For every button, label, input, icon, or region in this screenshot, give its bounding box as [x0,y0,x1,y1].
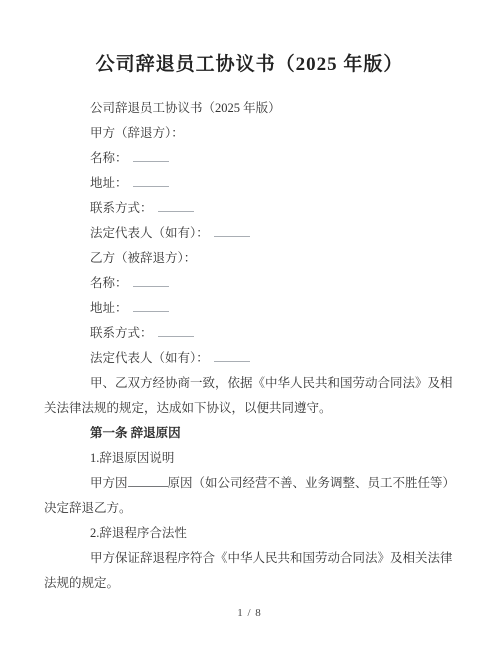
preamble-paragraph: 甲、乙双方经协商一致，依据《中华人民共和国劳动合同法》及相关法律法规的规定，达成… [44,371,455,421]
field-row-party-a-contact: 联系方式： [44,196,455,221]
section-1-item-1-paragraph: 甲方因原因（如公司经营不善、业务调整、员工不胜任等）决定辞退乙方。 [44,471,455,521]
field-row-party-a-name: 名称： [44,146,455,171]
blank-line [133,275,169,287]
section-1-item-1-title: 1.辞退原因说明 [44,446,455,471]
party-b-heading: 乙方（被辞退方）： [44,246,455,271]
field-label: 地址： [90,176,128,190]
blank-line [214,350,250,362]
section-1-item-2-title: 2.辞退程序合法性 [44,521,455,546]
blank-line [133,300,169,312]
text-before-blank: 甲方因 [90,476,128,490]
field-row-party-a-representative: 法定代表人（如有）： [44,221,455,246]
field-label: 地址： [90,301,128,315]
party-a-heading: 甲方（辞退方）： [44,121,455,146]
blank-line [158,200,194,212]
field-row-party-a-address: 地址： [44,171,455,196]
blank-line [133,150,169,162]
section-1-heading: 第一条 辞退原因 [44,421,455,446]
blank-line [133,175,169,187]
field-row-party-b-address: 地址： [44,296,455,321]
field-row-party-b-representative: 法定代表人（如有）： [44,346,455,371]
field-label: 名称： [90,276,128,290]
section-1-item-2-paragraph: 甲方保证辞退程序符合《中华人民共和国劳动合同法》及相关法律法规的规定。 [44,546,455,596]
document-page: 公司辞退员工协议书（2025 年版） 公司辞退员工协议书（2025 年版） 甲方… [0,0,500,620]
field-row-party-b-contact: 联系方式： [44,321,455,346]
page-number: 1 / 8 [44,606,455,620]
field-label: 联系方式： [90,326,153,340]
blank-line [128,475,168,487]
field-row-party-b-name: 名称： [44,271,455,296]
blank-line [158,325,194,337]
field-label: 联系方式： [90,201,153,215]
field-label: 名称： [90,151,128,165]
doc-subtitle: 公司辞退员工协议书（2025 年版） [44,96,455,121]
field-label: 法定代表人（如有）： [90,226,209,240]
page-title: 公司辞退员工协议书（2025 年版） [44,50,455,80]
field-label: 法定代表人（如有）： [90,351,209,365]
blank-line [214,225,250,237]
